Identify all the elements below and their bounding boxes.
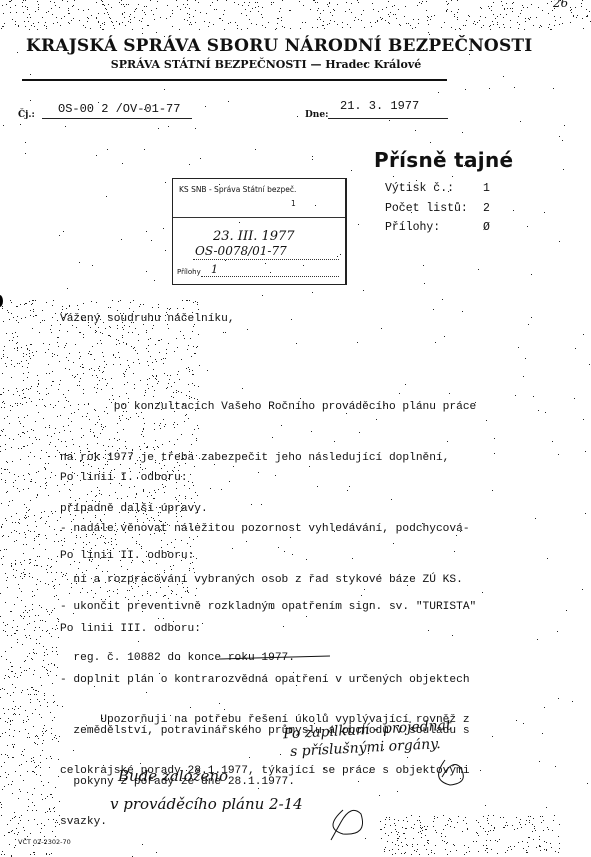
stamp-received-date: 23. III. 1977 [213, 229, 295, 244]
salutation: Vážený soudruhu náčelníku, [60, 311, 235, 328]
stamp-header: KS SNB - Správa Státní bezpeč. 1 [173, 179, 345, 218]
date-label: Dne: [305, 110, 328, 120]
closing-paragraph: Upozorňuji na potřebu řešení úkolů vyplý… [60, 678, 470, 848]
stamp-organization: KS SNB - Správa Státní bezpeč. [179, 185, 296, 194]
meta-copy-number: Výtisk č.: 1 [385, 182, 454, 195]
punch-hole [0, 295, 3, 307]
stamp-line [193, 259, 339, 260]
document-date: 21. 3. 1977 [340, 99, 419, 113]
reference-number: OS-00 2 /OV-01-77 [58, 102, 180, 116]
meta-value: Ø [483, 221, 490, 234]
stamp-line [201, 276, 339, 277]
letterhead-organization: KRAJSKÁ SPRÁVA SBORU NÁRODNÍ BEZPEČNOSTI [26, 36, 506, 56]
letterhead-department: SPRÁVA STÁTNÍ BEZPEČNOSTI — Hradec Králo… [26, 58, 506, 71]
reference-line [42, 118, 192, 119]
registry-stamp: KS SNB - Správa Státní bezpeč. 1 23. III… [172, 178, 347, 285]
meta-value: 2 [483, 202, 490, 215]
text-line: svazky. [60, 814, 470, 831]
stamp-attachments-label: Přílohy [177, 268, 201, 276]
section-heading: Po linii II. odboru: [60, 548, 476, 565]
stamp-small-number: 1 [291, 199, 296, 208]
meta-attachments: Přílohy: Ø [385, 221, 440, 234]
meta-value: 1 [483, 182, 490, 195]
meta-label: Přílohy: [385, 221, 440, 234]
classification-stamp: Přísně tajné [374, 148, 513, 172]
section-heading: Po linii I. odboru: [60, 470, 470, 487]
stamp-attachments-value: 1 [211, 263, 218, 276]
page-number-mark: 26 [553, 0, 568, 10]
section-heading: Po linii III. odboru: [60, 621, 470, 638]
text-line: po konzultacích Vašeho Ročního prováděcí… [60, 399, 476, 416]
form-code: VČT 02-2302-70 [18, 838, 71, 846]
meta-sheet-count: Počet listů: 2 [385, 202, 468, 215]
handwritten-note-lower-2: v prováděcího plánu 2-14 [110, 795, 303, 813]
reference-label: Čj.: [18, 110, 35, 120]
meta-label: Výtisk č.: [385, 182, 454, 195]
date-line [328, 118, 448, 119]
handwritten-note-lower-1: Bude založeno [118, 767, 228, 785]
meta-label: Počet listů: [385, 202, 468, 215]
letterhead-rule [22, 79, 447, 81]
stamp-registration-number: OS-0078/01-77 [195, 244, 287, 258]
